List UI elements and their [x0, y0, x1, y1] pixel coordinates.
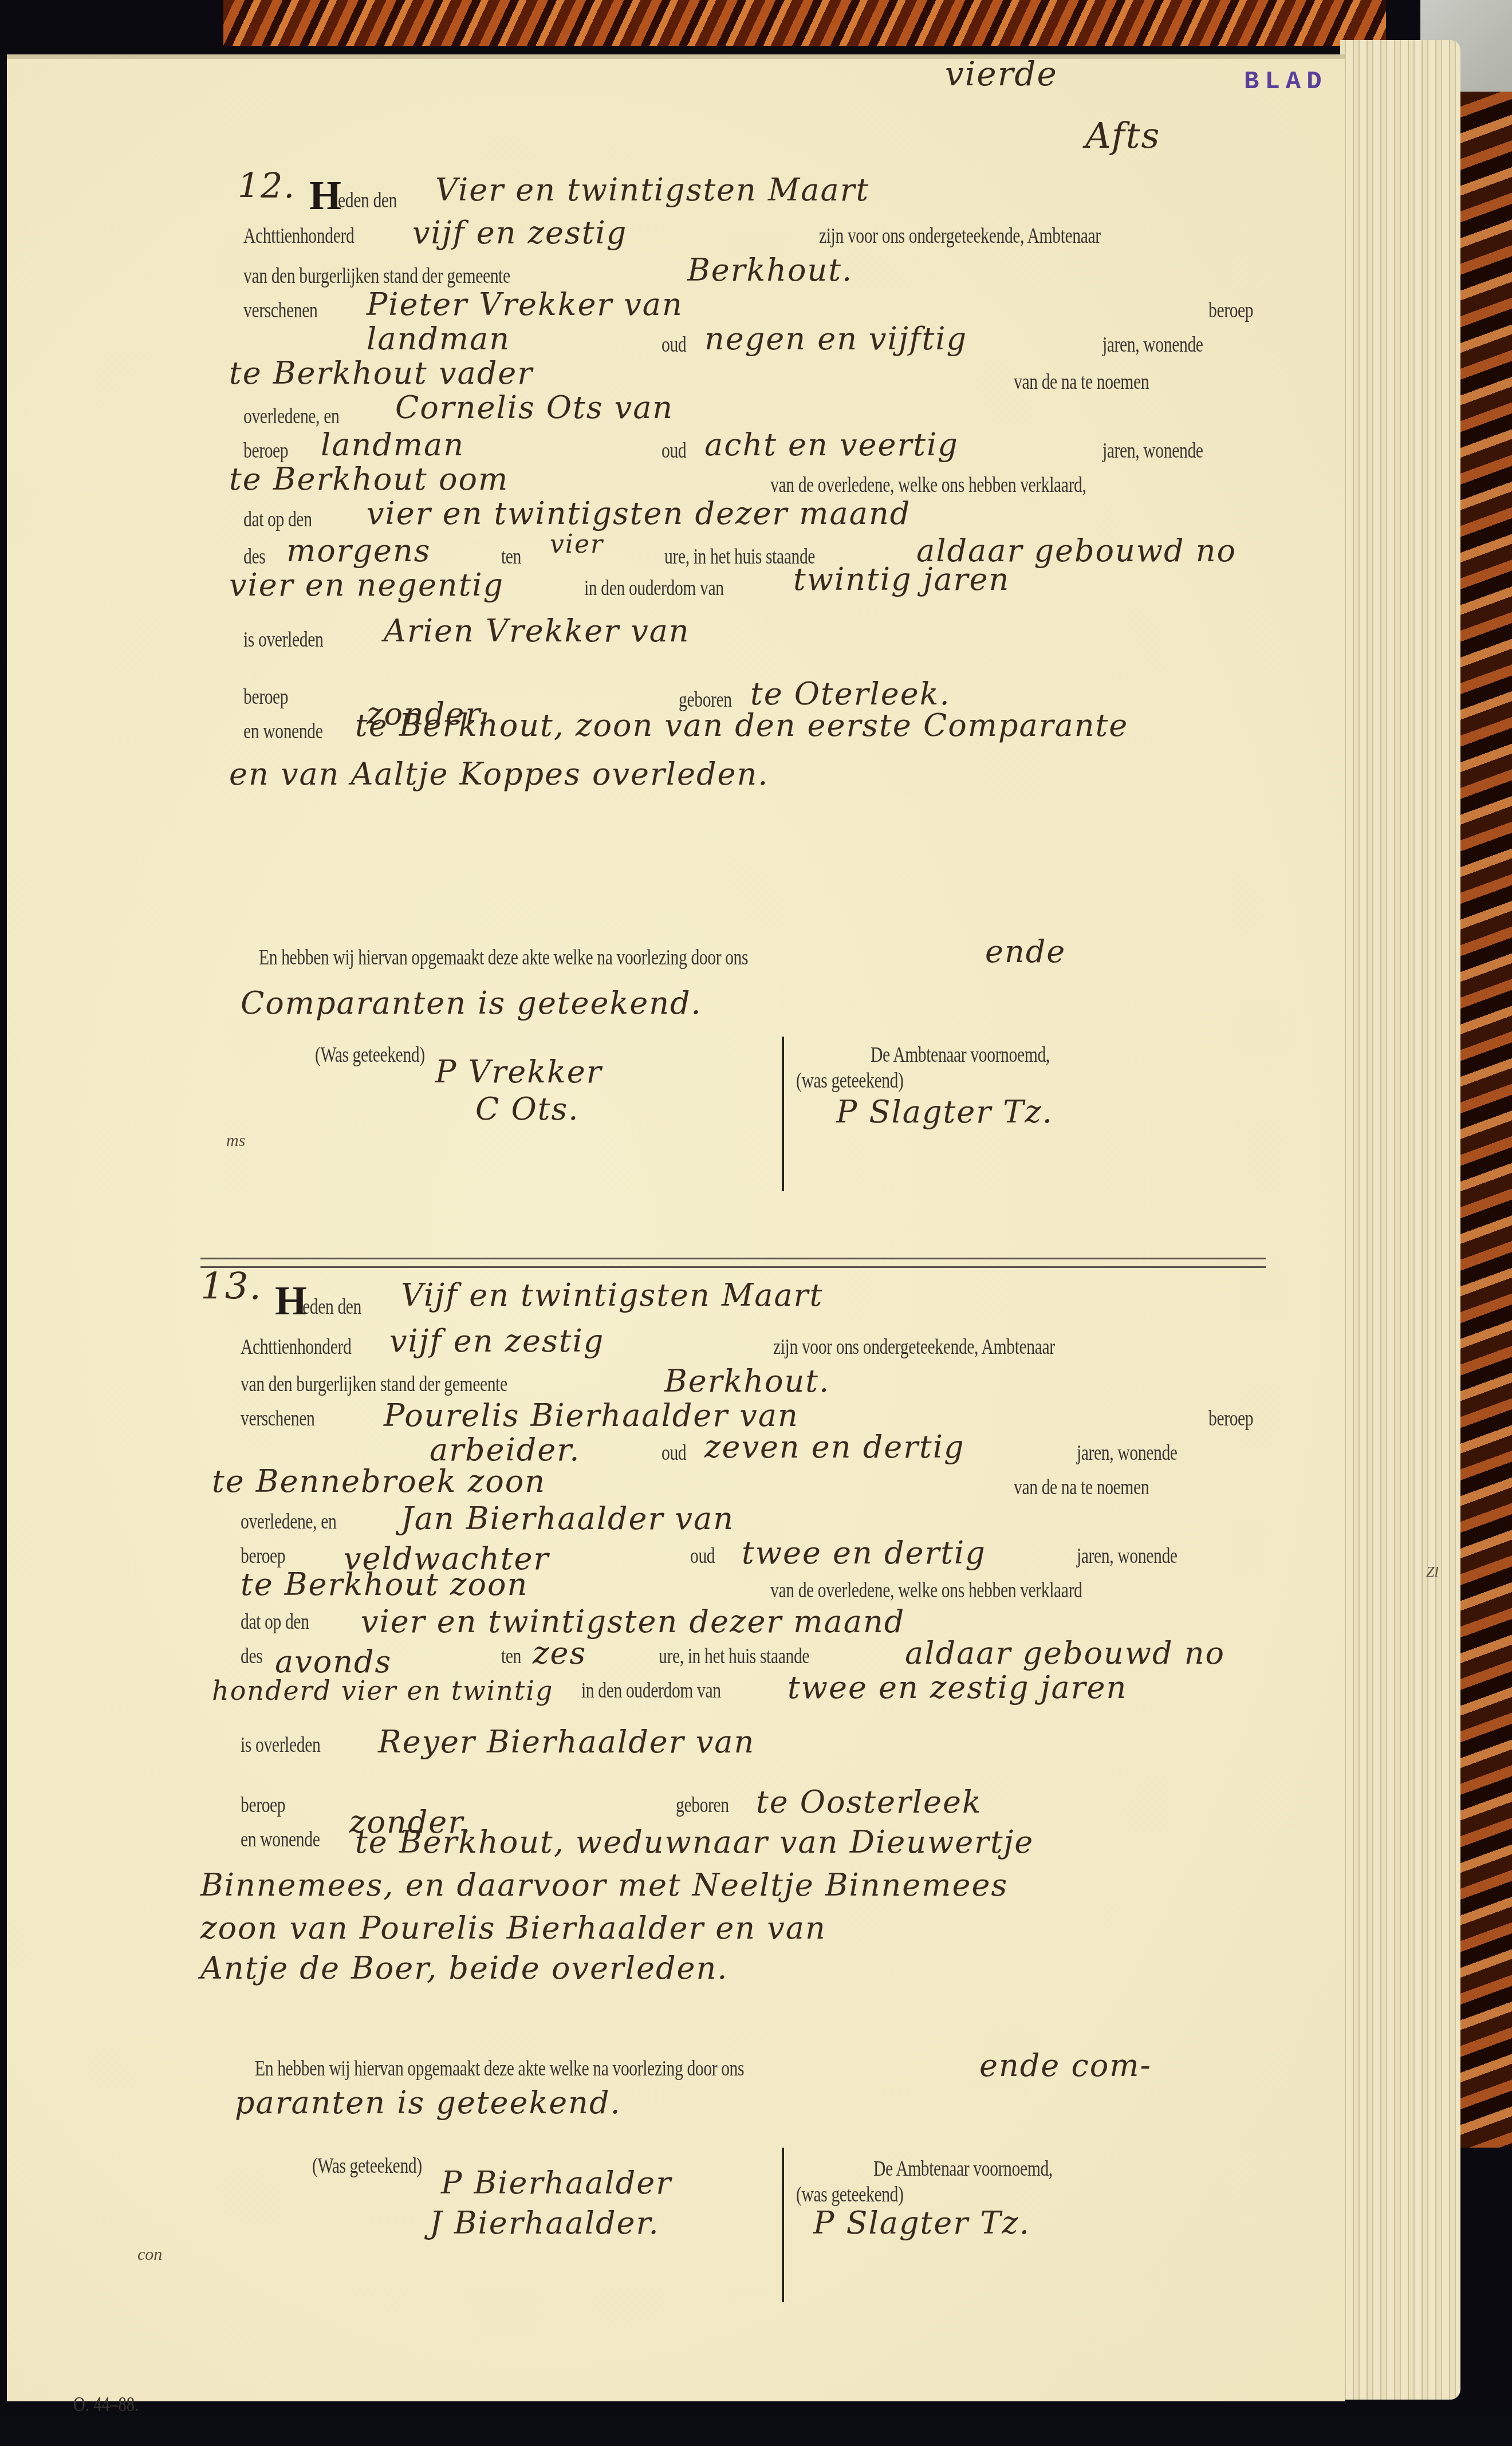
blad-stamp: BLAD	[1244, 68, 1328, 96]
print-text: (was geteekend)	[796, 1068, 904, 1093]
print-text: des	[241, 1644, 262, 1669]
marbled-cover-top	[223, 0, 1386, 46]
print-text: oud	[661, 332, 686, 357]
entry-number: 13.	[200, 1266, 262, 1308]
hour: zes	[533, 1635, 586, 1671]
entry-separator-rule	[200, 1258, 1266, 1268]
residence-continued-2: zoon van Pourelis Bierhaalder en van	[200, 1910, 826, 1946]
birthplace: te Oterleek.	[750, 676, 951, 712]
print-text: van de overledene, welke ons hebben verk…	[770, 1578, 1082, 1603]
declarant-1-name: Pieter Vrekker van	[367, 286, 683, 322]
signature-declarant-1: P Bierhaalder	[441, 2165, 672, 2201]
deceased-age: twee en zestig jaren	[787, 1669, 1127, 1705]
declarant-2-residence: te Berkhout zoon	[241, 1566, 528, 1602]
closing-handwritten-1: ende com-	[979, 2047, 1152, 2083]
municipality: Berkhout.	[664, 1363, 830, 1399]
print-text: ure, in het huis staande	[659, 1644, 809, 1669]
declarant-1-occupation: landman	[367, 321, 510, 357]
print-text: ten	[501, 1644, 521, 1669]
print-text: van den burgerlijken stand der gemeente	[243, 263, 510, 289]
declarant-2-age: twee en dertig	[742, 1535, 986, 1571]
print-text: oud	[690, 1543, 715, 1569]
print-text: jaren, wonende	[1102, 332, 1203, 357]
print-text: van de na te noemen	[1014, 369, 1149, 395]
print-text: en wonende	[243, 719, 322, 744]
declarant-1-age: zeven en dertig	[704, 1429, 965, 1465]
print-text: eden den	[338, 188, 397, 213]
residence-continued-3: Antje de Boer, beide overleden.	[200, 1950, 728, 1986]
declarant-2-name: Cornelis Ots van	[395, 389, 674, 426]
date-day: Vijf en twintigsten Maart	[401, 1277, 823, 1313]
print-text: ure, in het huis staande	[664, 544, 815, 569]
annotation-afts: Afts	[1085, 115, 1160, 156]
print-text: geboren	[676, 1793, 729, 1818]
print-text: ten	[501, 544, 521, 569]
print-text: jaren, wonende	[1077, 1440, 1178, 1466]
print-text: beroep	[243, 684, 288, 710]
declarant-1-residence: te Berkhout vader	[229, 355, 533, 391]
death-date: vier en twintigsten dezer maand	[367, 495, 911, 531]
signature-declarant-1: P Vrekker	[435, 1054, 602, 1090]
print-text: des	[243, 544, 265, 569]
signature-divider	[782, 2148, 784, 2302]
declarant-1-residence: te Bennebroek zoon	[212, 1463, 546, 1499]
print-text: oud	[661, 1440, 686, 1466]
margin-mark: con	[137, 2245, 162, 2264]
print-text: oud	[661, 438, 686, 463]
residence-continued: en van Aaltje Koppes overleden.	[229, 756, 769, 792]
print-text: verschenen	[243, 298, 317, 323]
declarant-1-occupation: arbeider.	[430, 1432, 580, 1468]
birthplace: te Oosterleek	[756, 1784, 982, 1820]
closing-handwritten-2: Comparanten is geteekend.	[241, 985, 702, 1021]
edge-mark: Zl	[1426, 1563, 1439, 1581]
print-text: (Was geteekend)	[315, 1042, 425, 1068]
print-text: overledene, en	[241, 1509, 336, 1534]
declarant-1-age: negen en vijftig	[704, 321, 967, 357]
initial-letter: H	[309, 172, 341, 219]
print-text: van de overledene, welke ons hebben verk…	[770, 472, 1086, 498]
print-text: beroep	[243, 438, 288, 463]
deceased-name: Arien Vrekker van	[384, 613, 690, 649]
print-text: En hebben wij hiervan opgemaakt deze akt…	[259, 945, 748, 970]
print-text: overledene, en	[243, 404, 339, 429]
year: vijf en zestig	[389, 1323, 604, 1359]
print-text: dat op den	[241, 1609, 309, 1634]
print-text: En hebben wij hiervan opgemaakt deze akt…	[255, 2056, 744, 2081]
print-text: is overleden	[241, 1732, 320, 1758]
annotation-vierde: vierde	[945, 54, 1058, 93]
deceased-age: twintig jaren	[793, 561, 1010, 597]
print-text: in den ouderdom van	[584, 576, 724, 601]
date-day: Vier en twintigsten Maart	[435, 172, 869, 208]
entry-number: 12.	[238, 166, 296, 206]
print-text: in den ouderdom van	[581, 1678, 721, 1703]
print-text: Achttienhonderd	[241, 1334, 351, 1360]
print-text: (was geteekend)	[796, 2182, 904, 2207]
time-of-day: morgens	[286, 533, 431, 569]
print-text: jaren, wonende	[1077, 1543, 1178, 1569]
signature-declarant-2: J Bierhaalder.	[430, 2205, 660, 2241]
print-text: De Ambtenaar voornoemd,	[873, 2156, 1053, 2181]
print-text: van de na te noemen	[1014, 1475, 1149, 1500]
signature-divider	[782, 1037, 784, 1191]
death-date: vier en twintigsten dezer maand	[361, 1604, 905, 1640]
declarant-2-residence: te Berkhout oom	[229, 461, 509, 497]
print-text: eden den	[302, 1294, 361, 1319]
print-text: (Was geteekend)	[312, 2153, 422, 2179]
residence-text: te Berkhout, weduwnaar van Dieuwertje	[355, 1824, 1034, 1860]
print-text: De Ambtenaar voornoemd,	[871, 1042, 1050, 1068]
print-text: verschenen	[241, 1406, 314, 1431]
print-text: is overleden	[243, 627, 323, 652]
declarant-2-name: Jan Bierhaalder van	[401, 1500, 734, 1537]
deceased-name: Reyer Bierhaalder van	[378, 1724, 755, 1760]
print-text: Achttienhonderd	[243, 223, 354, 249]
signature-official: P Slagter Tz.	[836, 1094, 1053, 1130]
bottom-shadow	[0, 2411, 1512, 2446]
house-number: vier en negentig	[229, 567, 504, 603]
print-text: zijn voor ons ondergeteekende, Ambtenaar	[819, 223, 1101, 249]
declarant-1-name: Pourelis Bierhaalder van	[384, 1397, 799, 1433]
print-text: zijn voor ons ondergeteekende, Ambtenaar	[773, 1334, 1055, 1360]
declarant-2-age: acht en veertig	[704, 427, 959, 463]
time-of-day: avonds	[275, 1644, 392, 1680]
declarant-2-occupation: landman	[321, 427, 464, 463]
year: vijf en zestig	[412, 215, 627, 251]
closing-handwritten-1: ende	[985, 934, 1066, 970]
signature-official: P Slagter Tz.	[813, 2205, 1030, 2241]
print-text: beroep	[241, 1793, 285, 1818]
print-text: van den burgerlijken stand der gemeente	[241, 1372, 507, 1397]
marbled-cover-right	[1458, 92, 1512, 2148]
print-text: en wonende	[241, 1827, 320, 1852]
page-stack-edges	[1340, 40, 1460, 2400]
margin-mark: ms	[226, 1131, 245, 1151]
print-text: dat op den	[243, 507, 312, 532]
print-text: jaren, wonende	[1102, 438, 1203, 463]
residence-continued: Binnemees, en daarvoor met Neeltje Binne…	[200, 1867, 1008, 1903]
residence-text: te Berkhout, zoon van den eerste Compara…	[355, 707, 1128, 743]
signature-declarant-2: C Ots.	[475, 1091, 579, 1127]
house: aldaar gebouwd no	[905, 1635, 1225, 1671]
hour: vier	[550, 530, 604, 559]
print-text: beroep	[1208, 1406, 1253, 1431]
municipality: Berkhout.	[687, 252, 853, 288]
closing-handwritten-2: paranten is geteekend.	[235, 2085, 621, 2121]
print-text: beroep	[241, 1543, 285, 1569]
house-number: honderd vier en twintig	[212, 1675, 554, 1706]
print-text: beroep	[1208, 298, 1253, 323]
